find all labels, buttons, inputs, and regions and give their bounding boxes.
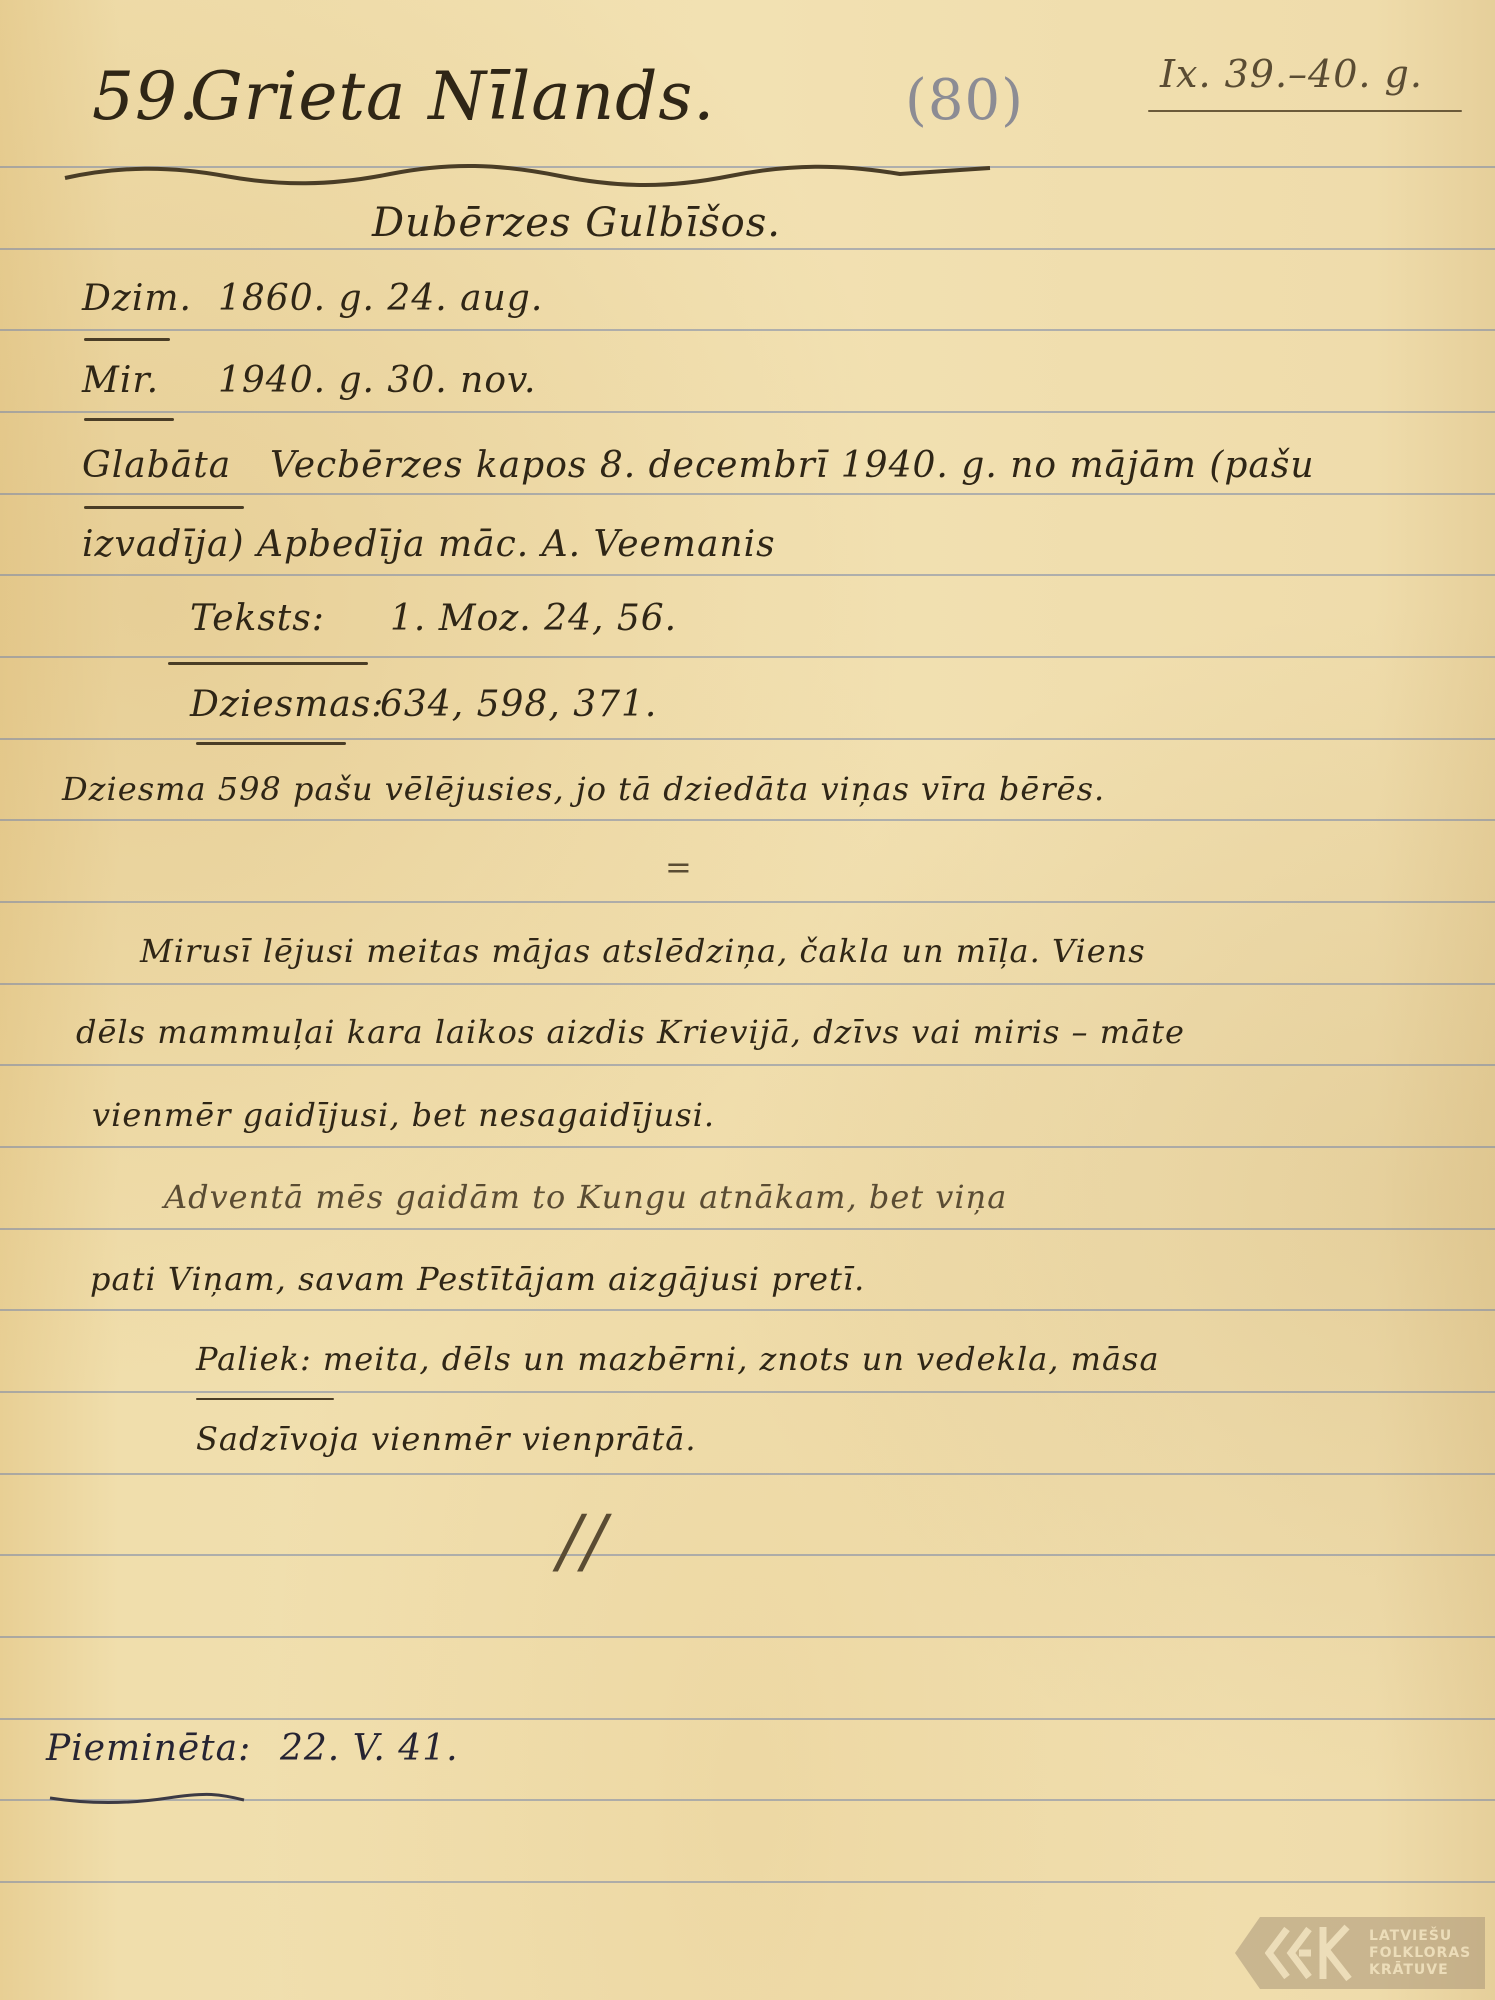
text-value: 1. Moz. 24, 56. — [390, 598, 677, 639]
ruled-line — [0, 574, 1495, 576]
ruled-line — [0, 1228, 1495, 1230]
burial-value-continued: izvadīja) Apbedīja māc. A. Veemanis — [82, 524, 776, 565]
hymns-label-underline — [196, 742, 346, 745]
title-wavy-underline — [60, 160, 1000, 188]
logo-text-line: KRĀTUVE — [1369, 1962, 1471, 1979]
person-name: Grieta Nīlands. — [190, 58, 715, 135]
ruled-line — [0, 1391, 1495, 1393]
text-label-underline — [168, 662, 368, 665]
burial-value: Vecbērzes kapos 8. decembrī 1940. g. no … — [270, 445, 1315, 486]
death-value: 1940. g. 30. nov. — [218, 360, 537, 401]
death-label: Mir. — [82, 360, 159, 401]
ruled-line — [0, 1636, 1495, 1638]
logo-text-line: FOLKLORAS — [1369, 1945, 1471, 1962]
lfk-chevron-logo-icon — [1265, 1923, 1365, 1983]
ruled-line — [0, 738, 1495, 740]
ruled-line — [0, 656, 1495, 658]
paragraph-line: Mirusī lējusi meitas mājas atslēdziņa, č… — [140, 932, 1146, 970]
death-label-underline — [84, 418, 174, 421]
paragraph-overline — [196, 1398, 334, 1400]
birth-label-underline — [84, 338, 170, 341]
ruled-line — [0, 1473, 1495, 1475]
ruled-line — [0, 248, 1495, 250]
place-name: Dubērzes Gulbīšos. — [372, 200, 781, 246]
ruled-line — [0, 329, 1495, 331]
ruled-line — [0, 1064, 1495, 1066]
archive-watermark-logo: LATVIEŠU FOLKLORAS KRĀTUVE — [1235, 1917, 1485, 1989]
paragraph-line: Adventā mēs gaidām to Kungu atnākam, bet… — [164, 1178, 1007, 1216]
burial-label: Glabāta — [82, 445, 231, 486]
birth-value: 1860. g. 24. aug. — [218, 278, 543, 319]
paragraph-line: vienmēr gaidījusi, bet nesagaidījusi. — [92, 1096, 715, 1134]
separator-mark: = — [665, 848, 693, 886]
paragraph-line: Paliek: meita, dēls un mazbērni, znots u… — [196, 1340, 1160, 1378]
ruled-line — [0, 1146, 1495, 1148]
volume-note-underline — [1148, 110, 1462, 112]
paragraph-line: pati Viņam, savam Pestītājam aizgājusi p… — [90, 1260, 865, 1298]
notebook-page: 59. Grieta Nīlands. (80) Ix. 39.–40. g. … — [0, 0, 1495, 2000]
ruled-line — [0, 493, 1495, 495]
logo-text-line: LATVIEŠU — [1369, 1928, 1471, 1945]
logo-text: LATVIEŠU FOLKLORAS KRĀTUVE — [1369, 1928, 1471, 1979]
hymn-note: Dziesma 598 pašu vēlējusies, jo tā dzied… — [62, 770, 1105, 808]
burial-label-underline — [84, 506, 244, 509]
ruled-line — [0, 1309, 1495, 1311]
volume-note: Ix. 39.–40. g. — [1160, 52, 1423, 96]
text-label: Teksts: — [190, 598, 325, 639]
ruled-line — [0, 901, 1495, 903]
ruled-line — [0, 983, 1495, 985]
ruled-line — [0, 819, 1495, 821]
entry-number: 59. — [92, 58, 200, 135]
memorial-date: 22. V. 41. — [280, 1728, 459, 1769]
end-mark: // — [558, 1500, 607, 1582]
ruled-line — [0, 1554, 1495, 1556]
hymns-value: 634, 598, 371. — [380, 684, 657, 725]
hymns-label: Dziesmas: — [190, 684, 384, 725]
birth-label: Dzim. — [82, 278, 192, 319]
ruled-line — [0, 1718, 1495, 1720]
age-note: (80) — [905, 68, 1024, 133]
memorial-wavy-underline — [48, 1790, 248, 1806]
memorial-label: Pieminēta: — [46, 1728, 251, 1769]
paragraph-line: Sadzīvoja vienmēr vienprātā. — [196, 1420, 697, 1458]
ruled-line — [0, 411, 1495, 413]
paragraph-line: dēls mammuļai kara laikos aizdis Krievij… — [76, 1013, 1185, 1051]
ruled-line — [0, 1881, 1495, 1883]
